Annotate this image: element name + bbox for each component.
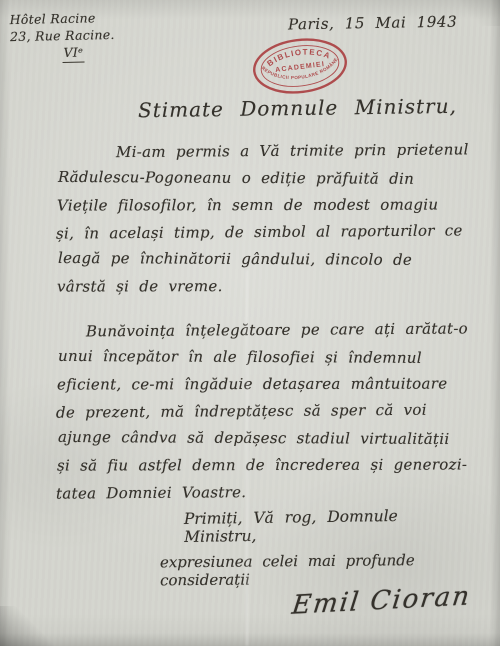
corner-shadow xyxy=(460,0,500,26)
body-line: eficient, ce-mi îngăduie detașarea mântu… xyxy=(57,370,467,398)
sender-address-arrondissement: VIᵉ xyxy=(62,44,84,63)
body-line: și, în același timp, de simbol al raport… xyxy=(56,217,466,247)
body-line: leagă pe închinătorii gândului, dincolo … xyxy=(58,245,468,274)
corner-shadow xyxy=(0,606,54,646)
sender-address: Hôtel Racine 23, Rue Racine. VIᵉ xyxy=(9,9,115,64)
body-line: Bunăvoința înțelegătoare pe care ați ară… xyxy=(56,315,466,345)
body-line: și să fiu astfel demn de încrederea și g… xyxy=(57,451,467,479)
body-line: Viețile filosofilor, în semn de modest o… xyxy=(57,191,467,219)
body-line: de prezent, mă îndreptățesc să sper că v… xyxy=(56,396,466,426)
body-line: vârstă și de vreme. xyxy=(57,272,467,300)
body-line: Mi-am permis a Vă trimite prin prietenul xyxy=(56,136,466,166)
sender-address-line1: Hôtel Racine xyxy=(9,10,95,27)
closing-formula: Primiți, Vă rog, Domnule Ministru, expre… xyxy=(56,508,466,588)
library-stamp: BIBLIOTECA ACADEMIEI REPUBLICII POPULARE… xyxy=(247,30,354,102)
sender-address-line2: 23, Rue Racine. xyxy=(10,27,115,44)
date-line: Paris, 15 Mai 1943 xyxy=(288,13,458,34)
paragraph-1: Mi-am permis a Vă trimite prin prietenul… xyxy=(56,138,466,300)
body-line: tatea Domniei Voastre. xyxy=(56,477,466,507)
paragraph-2: Bunăvoința înțelegătoare pe care ați ară… xyxy=(56,317,466,506)
letter-body: Mi-am permis a Vă trimite prin prietenul… xyxy=(56,138,466,506)
letter-scan: Hôtel Racine 23, Rue Racine. VIᵉ Paris, … xyxy=(0,0,500,646)
body-line: unui începător în ale filosofiei și înde… xyxy=(58,343,468,372)
body-line: ajunge cândva să depășesc stadiul virtua… xyxy=(58,424,468,453)
closing-line1: Primiți, Vă rog, Domnule Ministru, xyxy=(184,506,466,546)
body-line: Rădulescu-Pogoneanu o ediție prăfuită di… xyxy=(58,164,468,193)
salutation: Stimate Domnule Ministru, xyxy=(138,94,457,122)
